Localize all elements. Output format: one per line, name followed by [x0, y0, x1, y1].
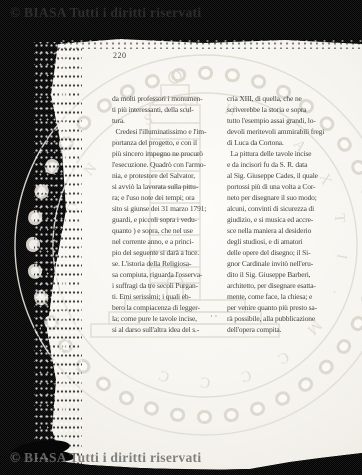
text-line: sce nella maniera al desiderio	[227, 225, 362, 236]
text-line: nia, e protestore del Salvator,	[112, 170, 218, 181]
text-line: pio del seguente si darà a luce.	[112, 247, 218, 258]
text-line: per venire quanto più presto sa-	[227, 302, 362, 313]
text-line: se. L'istoria della Religiosa-	[112, 258, 218, 269]
text-line: ti più interessanti, della scul-	[112, 104, 218, 115]
copyright-watermark-top: © BIASA Tutti i diritti riservati	[10, 5, 201, 21]
text-line: tura.	[112, 115, 218, 126]
text-line: bero la compiacenza di legger-	[112, 302, 218, 313]
text-line: ra; e l'uso note dei tempi; ora	[112, 192, 218, 203]
footer-mark: ··	[210, 312, 219, 321]
text-line: La pittura delle tavole incise	[227, 148, 362, 159]
text-line: sito si giunse dei 31 marzo 1791;	[112, 203, 218, 214]
text-line: sa compiuta, riguarda l'osserva-	[112, 269, 218, 280]
text-line: portossi più di una volta a Cor-	[227, 181, 362, 192]
right-text-column: cria XIII, di quella, che nescriverebbe …	[227, 60, 362, 335]
text-line: si al darso sull'altra idea del s.-	[112, 324, 218, 335]
left-text-column: da molti professori i monumen-ti più int…	[112, 60, 218, 335]
text-line: dell'opera compita.	[227, 324, 362, 335]
text-line: ti. Emi serissimi; i quali eb-	[112, 291, 218, 302]
text-line: devoli meritevoli ammirabili fregi	[227, 126, 362, 137]
text-line: si avviò la lavorata sulla pittu-	[112, 181, 218, 192]
text-line: tutto l'esempio assai grandi, lo-	[227, 115, 362, 126]
text-line: quanto ) e sopra, che nel use	[112, 225, 218, 236]
scanned-book-page: { "watermark": { "notice": "© BIASA Tutt…	[0, 0, 362, 475]
text-line: cria XIII, di quella, che ne	[227, 93, 362, 104]
text-line: la; come pure le tavole incise,	[112, 313, 218, 324]
text-line: gnor Cardinale invitò nell'eru-	[227, 258, 362, 269]
page-number: 220	[113, 51, 127, 60]
text-line: i suffragi da tre secoli Purgan-	[112, 280, 218, 291]
text-line: più sincero impegno ne procurò	[112, 148, 218, 159]
text-line: di Luca da Cortona.	[227, 137, 362, 148]
text-line: neto per disegnare il suo modo;	[227, 192, 362, 203]
text-line: delle opere del disegno; il Si-	[227, 247, 362, 258]
text-line: Credesi l'illuminatissimo e l'im-	[112, 126, 218, 137]
text-line: scriverebbe la storia e sopra	[227, 104, 362, 115]
text-line: al Sig. Giuseppe Cades, il quale	[227, 170, 362, 181]
text-line: rà possibile, alla pubblicazione	[227, 313, 362, 324]
text-line: giudizio, e si musica ed accre-	[227, 214, 362, 225]
text-line: portanza del progetto, e con il	[112, 137, 218, 148]
text-line: l'esecuzione. Quadrò con l'armo-	[112, 159, 218, 170]
text-line: guardi, e piccoli sopra i vedu-	[112, 214, 218, 225]
text-line: da molti professori i monumen-	[112, 93, 218, 104]
copyright-watermark-bottom: © BIASA Tutti i diritti riservati	[10, 450, 201, 466]
text-line: degli studiosi, e di amatori	[227, 236, 362, 247]
text-line: e da incisori fu da S. R. data	[227, 159, 362, 170]
text-line: architetto, per disegnare esatta-	[227, 280, 362, 291]
text-line: alcuni, convinti di sicurezza di	[227, 203, 362, 214]
text-line: mente, come face, la chiesa; e	[227, 291, 362, 302]
text-line: dito il Sig. Giuseppe Barberi,	[227, 269, 362, 280]
text-line: nel corrente anno, e a princi-	[112, 236, 218, 247]
